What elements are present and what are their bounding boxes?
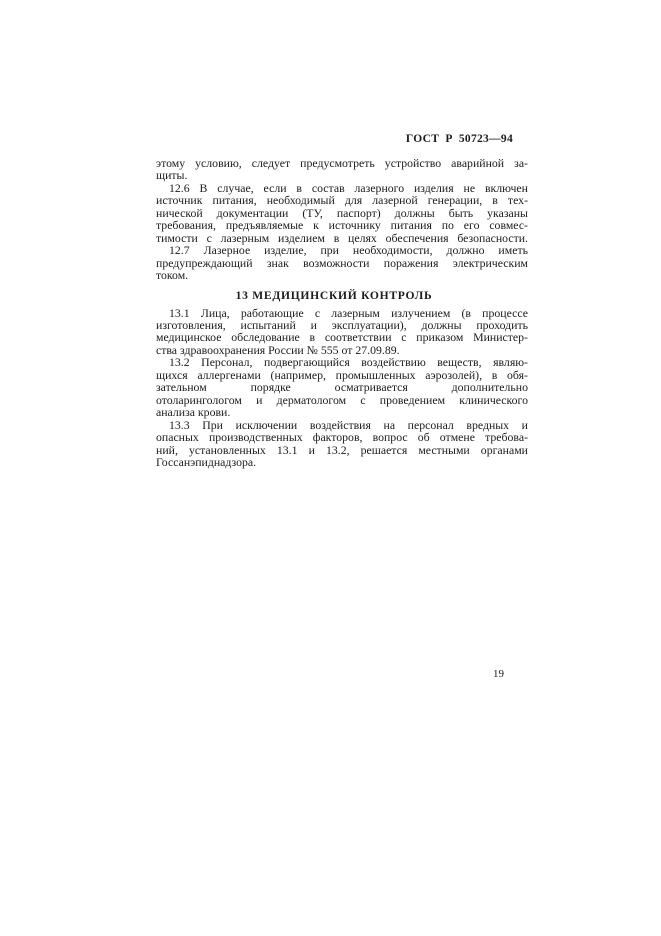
text-line: 12.7 Лазерное изделие, при необходимости… bbox=[156, 244, 528, 256]
paragraph: этому условию, следует предусмотреть уст… bbox=[156, 157, 528, 182]
running-head: ГОСТ Р 50723—94 bbox=[156, 134, 528, 145]
paragraph: 12.7 Лазерное изделие, при необходимости… bbox=[156, 244, 528, 281]
text-column: ГОСТ Р 50723—94 этому условию, следует п… bbox=[156, 134, 528, 468]
text-line: источник питания, необходимый для лазерн… bbox=[156, 194, 528, 206]
paragraph: 13.2 Персонал, подвергающийся воздействи… bbox=[156, 356, 528, 418]
text-line: этому условию, следует предусмотреть уст… bbox=[156, 157, 528, 169]
section-heading: 13 МЕДИЦИНСКИЙ КОНТРОЛЬ bbox=[156, 289, 512, 302]
text-line: требования, предъявляемые к источнику пи… bbox=[156, 219, 528, 231]
text-line: Госсанэпиднадзора. bbox=[156, 456, 528, 468]
text-line: 13.2 Персонал, подвергающийся воздействи… bbox=[156, 356, 528, 368]
text-line: анализа крови. bbox=[156, 406, 528, 418]
text-line: предупреждающий знак возможности поражен… bbox=[156, 257, 528, 269]
paragraph: 13.1 Лица, работающие с лазерным излучен… bbox=[156, 307, 528, 357]
document-page: ГОСТ Р 50723—94 этому условию, следует п… bbox=[0, 0, 661, 936]
paragraph: 13.3 При исключении воздействия на персо… bbox=[156, 419, 528, 469]
document-body: этому условию, следует предусмотреть уст… bbox=[156, 157, 528, 468]
text-line: током. bbox=[156, 269, 528, 281]
text-line: зательном порядке осматривается дополнит… bbox=[156, 381, 528, 393]
paragraph: 12.6 В случае, если в состав лазерного и… bbox=[156, 182, 528, 244]
text-line: опасных производственных факторов, вопро… bbox=[156, 431, 528, 443]
page-number: 19 bbox=[156, 668, 504, 680]
